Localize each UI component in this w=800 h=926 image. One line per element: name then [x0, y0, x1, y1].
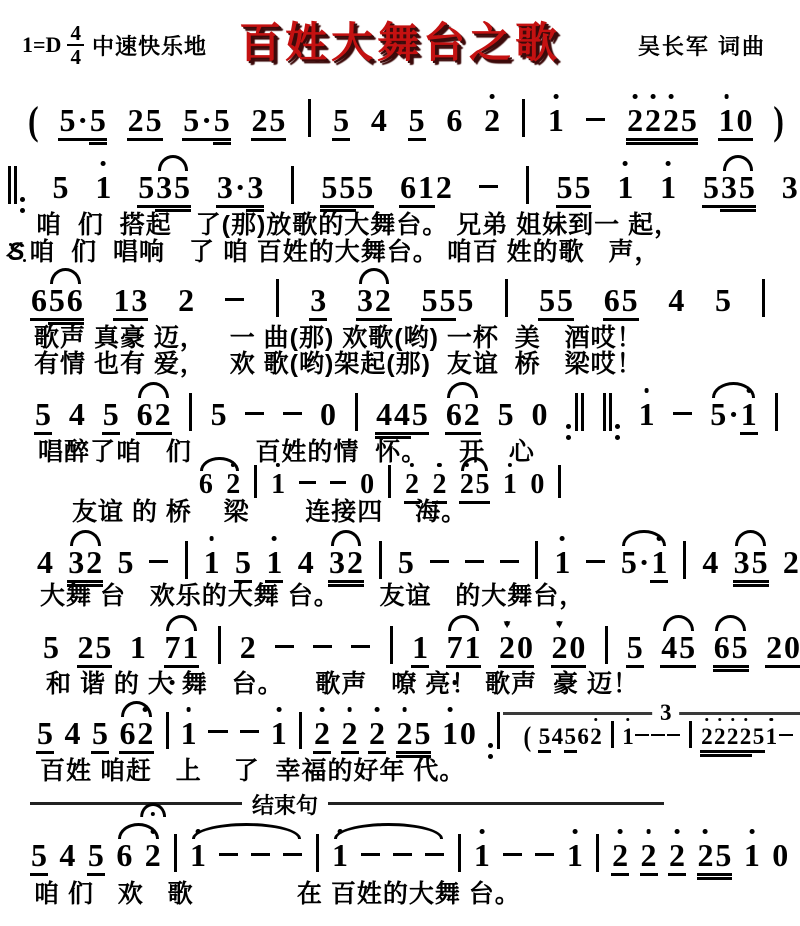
parenthesis: ( [523, 722, 531, 751]
note: 2 [713, 725, 726, 753]
octave-dot-above [573, 829, 578, 834]
duration-dash [313, 645, 332, 648]
note: 3 [309, 284, 327, 321]
note: 2▼ [551, 631, 569, 668]
lyrics-row: 大舞 台 欢乐的大舞 台。 友谊 的大舞台， [40, 576, 585, 612]
note: 5 [48, 284, 66, 321]
octave-dot-above [186, 707, 191, 712]
tie-slur: 62 [119, 717, 155, 754]
section-separator: 结束句 [30, 792, 664, 814]
octave-dot-above [480, 829, 485, 834]
note: 5 [42, 631, 60, 665]
octave-dot-above [675, 829, 680, 834]
octave-dot-above [594, 718, 597, 721]
repeat-dots [20, 188, 25, 222]
note: 2 [483, 104, 501, 138]
note: 5 [475, 471, 491, 504]
note: 5 [213, 104, 231, 141]
note: 7 [164, 631, 182, 668]
note: 3 [155, 171, 173, 208]
note: 1 [113, 284, 131, 321]
octave-dot-above [553, 94, 558, 99]
barline [526, 166, 529, 204]
note: 2 [396, 717, 414, 754]
note: 4 [667, 284, 685, 318]
tie-slur: 35 [155, 171, 191, 208]
note: 6 [399, 171, 417, 208]
note: 1 [547, 104, 565, 138]
note: 1 [740, 398, 758, 435]
note: 1 [553, 546, 571, 580]
note: 2 [239, 631, 257, 665]
note: 5 [421, 284, 439, 321]
note: 0 [783, 631, 800, 668]
note: 1 [129, 631, 147, 665]
octave-dot-above [508, 463, 512, 467]
tie-slur: 32 [356, 284, 392, 321]
note: 6 [66, 284, 84, 321]
repeat-dots [566, 415, 571, 449]
lyrics-row: 友谊 的 桥 梁 连接四 海。 [72, 492, 467, 528]
note: 4 [660, 631, 678, 668]
note: 5 [574, 171, 592, 208]
duration-dash [283, 853, 302, 856]
octave-dot-above [646, 829, 651, 834]
duration-dash [635, 734, 649, 736]
note: 1 [566, 839, 584, 873]
duration-dash [219, 853, 238, 856]
tie-slur: 65 [713, 631, 749, 668]
note: · [727, 398, 740, 432]
parenthesis: ( [28, 100, 39, 140]
note: 2 [313, 717, 331, 754]
note: 3 [216, 171, 234, 208]
duration-dash [425, 853, 444, 856]
note: 4 [551, 725, 564, 750]
note: 5 [714, 839, 732, 876]
note: 5 [680, 104, 698, 141]
tie-slur: 56 [48, 284, 84, 321]
note: 3 [720, 171, 738, 208]
note: 2 [640, 839, 658, 876]
note: 5 [210, 398, 228, 432]
repeat-dot [566, 424, 571, 429]
note: 5 [30, 839, 48, 876]
note: 2 [435, 171, 453, 205]
barline [535, 541, 538, 579]
repeat-begin-sign [601, 396, 622, 432]
note: 1 [616, 171, 634, 205]
duration-dash [465, 560, 484, 563]
note: 4 [64, 717, 82, 751]
note: 4 [68, 398, 86, 432]
note: 2 [341, 717, 359, 754]
duration-dash [240, 730, 259, 733]
repeat-dot [20, 197, 25, 202]
octave-dot-above [657, 536, 662, 541]
duration-dash [225, 298, 244, 301]
repeat-begin-sign [6, 169, 27, 205]
note: 2 [662, 104, 680, 141]
repeat-dot [615, 435, 620, 440]
note: 5 [709, 398, 727, 432]
note: 1 [473, 839, 491, 873]
note: 5 [268, 104, 286, 141]
lyrics-row: 百姓 咱赶 上 了 幸福的好年 代。 [40, 751, 465, 787]
barline [299, 712, 302, 750]
duration-dash [479, 185, 498, 188]
note: 2 [611, 839, 629, 876]
note: 5 [58, 104, 76, 141]
parenthesis: ) [773, 100, 784, 140]
barline [291, 166, 294, 204]
repeat-dots [615, 415, 620, 449]
note: 6 [713, 631, 731, 668]
note: 2 [77, 631, 95, 668]
repeat-end-sign [486, 715, 501, 751]
note: 5 [117, 546, 135, 580]
tie-slur: 62 [115, 839, 161, 873]
octave-dot-above [731, 718, 734, 721]
note: 1 [270, 717, 288, 751]
note: 4 [701, 546, 719, 580]
duration-dash [586, 118, 605, 121]
music-notes-row-ending: 5456211112222510 [30, 834, 800, 876]
bracket-label: 3 [652, 701, 680, 724]
duration-dash [673, 412, 692, 415]
note: 4 [58, 839, 76, 873]
duration-dash [651, 734, 665, 736]
note: 4 [36, 546, 54, 580]
barline [390, 626, 393, 664]
duration-dash [351, 645, 370, 648]
duration-dash [149, 560, 168, 563]
note: 4 [297, 546, 315, 580]
note: 5 [137, 171, 155, 208]
octave-dot-above [744, 718, 747, 721]
double-barline [573, 393, 585, 431]
note: 5 [91, 717, 109, 754]
note: 5 [620, 546, 638, 580]
note: 1 [464, 631, 482, 668]
note: 1 [189, 839, 207, 873]
note: 0 [530, 471, 546, 501]
tie-slur: 1 [189, 839, 304, 873]
barline [558, 465, 561, 498]
repeat-dot [488, 743, 493, 748]
octave-dot-above [276, 463, 280, 467]
barline [8, 166, 11, 204]
note: 2 [127, 104, 145, 141]
key-tempo-line: 1=D 4 4 中速快乐地 [22, 22, 207, 68]
note: 5 [621, 284, 639, 321]
barline [189, 393, 192, 431]
accent-mark: ▼ [554, 620, 565, 632]
lyrics-row: 和 谐 的 大 舞 台。 歌声 嘹 亮！ 歌声 豪 迈！ [46, 664, 639, 700]
note: 5 [102, 398, 120, 435]
note: 5 [173, 171, 191, 208]
song-title: 百姓大舞台之歌 [239, 10, 561, 70]
note: 1 [94, 171, 112, 205]
octave-dot-above [749, 829, 754, 834]
duration-dash [330, 481, 347, 484]
note: 5 [556, 171, 574, 208]
note: 5 [731, 631, 749, 668]
barline [185, 541, 188, 579]
duration-dash [500, 560, 519, 563]
note: 2 [463, 398, 481, 435]
note: 1 [765, 725, 778, 750]
note: · [200, 104, 213, 141]
tie-slur: 35 [720, 171, 756, 208]
lyrics-row: 唱醉了咱 们 百姓的情 怀。 开 心 [38, 432, 535, 468]
note: 3 [130, 284, 148, 321]
barline [316, 834, 319, 872]
barline [218, 626, 221, 664]
key-signature: 1=D [22, 32, 61, 58]
barline [308, 99, 311, 137]
tie-slur: 35 [733, 546, 769, 583]
note: 5 [36, 717, 54, 754]
note: 5 [738, 171, 756, 208]
barline [458, 834, 461, 872]
octave-dot-above [320, 707, 325, 712]
note: 2 [782, 546, 800, 580]
octave-dot-above [644, 388, 649, 393]
duration-dash [275, 645, 294, 648]
repeat-dot [20, 208, 25, 213]
octave-dot-above [626, 718, 629, 721]
note: 2 [144, 839, 162, 873]
note: 2 [136, 717, 154, 754]
note: 5 [34, 398, 52, 435]
note: 5 [332, 104, 350, 141]
repeat-end-sign [565, 396, 586, 432]
tie-slur: 1 [331, 839, 446, 873]
time-signature-denominator: 4 [67, 46, 84, 68]
separator-line [30, 802, 664, 805]
octave-dot-above [338, 829, 343, 834]
barline [14, 166, 17, 204]
note: 5 [87, 839, 105, 876]
barline [605, 626, 608, 664]
note: 5 [320, 171, 338, 208]
note: 5 [439, 284, 457, 321]
note: 0 [771, 839, 789, 873]
octave-dot-above [375, 707, 380, 712]
tempo-marking: 中速快乐地 [92, 30, 207, 61]
octave-dot-above [276, 707, 281, 712]
barline [581, 393, 584, 431]
barline [276, 279, 279, 317]
duration-dash [586, 560, 605, 563]
octave-dot-above [448, 707, 453, 712]
lyrics-row: S∕咱 们 唱响 了 咱 百姓的大舞台。 咱百 姓的歌 声， [8, 232, 661, 268]
duration-dash [299, 481, 316, 484]
note: 2 [374, 284, 392, 321]
octave-dot-above [633, 94, 638, 99]
octave-dot-above [560, 536, 565, 541]
tie-slur: 5·1 [620, 546, 668, 583]
octave-dot-above [209, 536, 214, 541]
note: 3 [356, 284, 374, 321]
note: 5 [564, 725, 577, 753]
barline [689, 721, 692, 748]
barline [775, 393, 778, 431]
octave-dot-above [651, 94, 656, 99]
octave-dot-above [437, 463, 441, 467]
lyrics-row: 咱 们 欢 歌 在 百姓的大舞 台。 [34, 874, 521, 910]
octave-dot-above [465, 463, 469, 467]
note: 7 [446, 631, 464, 668]
note: 5 [626, 631, 644, 668]
sheet-music-page: 1=D 4 4 中速快乐地 百姓大舞台之歌 吴长军 词曲 (5·5255·525… [0, 0, 800, 926]
octave-dot-above [669, 94, 674, 99]
note: 2▼ [498, 631, 516, 668]
note: 3 [781, 171, 799, 205]
duration-dash [208, 730, 227, 733]
note: 0 [459, 717, 477, 751]
note: 2 [251, 104, 269, 141]
tie-slur: 45 [660, 631, 696, 668]
note: 1 [203, 546, 221, 580]
note: · [638, 546, 651, 580]
note: 6 [603, 284, 621, 321]
note: 5 [678, 631, 696, 668]
barline [174, 834, 177, 872]
octave-dot-above [231, 463, 235, 467]
note: 2 [739, 725, 752, 753]
tie-slur: 71 [446, 631, 482, 668]
note: 5 [411, 398, 429, 435]
note: 5 [751, 546, 769, 583]
note: · [234, 171, 247, 208]
note: 5 [414, 717, 432, 754]
tie-slur: 62 [445, 398, 481, 435]
barline [611, 721, 614, 748]
duration-dash [779, 734, 793, 736]
double-barline [601, 393, 613, 431]
octave-dot-above [101, 161, 106, 166]
note: 6 [445, 398, 463, 435]
note: · [76, 104, 89, 141]
note: 5 [338, 171, 356, 208]
note: 5 [556, 284, 574, 321]
bracket-group: 3(545621222251) [517, 708, 800, 753]
tie-slur: 5·1 [709, 398, 757, 435]
octave-dot-above [724, 94, 729, 99]
lyrics-row: 有情 也有 爱， 欢 歌(哟)架起(那) 友谊 桥 梁哎！ [34, 344, 643, 380]
repeat-dots [488, 734, 493, 768]
note: 5 [145, 104, 163, 141]
time-signature-numerator: 4 [67, 22, 84, 46]
barline [505, 279, 508, 317]
note: 2 [368, 717, 386, 754]
note: 1 [502, 471, 518, 501]
duration-dash [393, 853, 412, 856]
repeat-dot [488, 754, 493, 759]
note: 2 [590, 725, 603, 750]
note: 1 [659, 171, 677, 205]
note: 5 [397, 546, 415, 580]
note: 2 [154, 398, 172, 435]
music-notes-row: 656132332555556545 [30, 279, 767, 321]
note: 6 [577, 725, 590, 750]
note: 5 [702, 171, 720, 208]
octave-dot-above [402, 707, 407, 712]
note: 6 [119, 717, 137, 754]
composer-credit: 吴长军 词曲 [638, 30, 766, 61]
note: 6 [445, 104, 463, 138]
barline [166, 712, 169, 750]
ending-phrase-label: 结束句 [242, 789, 328, 820]
repeat-dot [566, 435, 571, 440]
note: 3 [246, 171, 264, 208]
octave-dot-above [666, 161, 671, 166]
octave-dot-above [623, 161, 628, 166]
note: 2 [644, 104, 662, 141]
music-notes-row: 52517121712▼02▼05456520 [42, 626, 800, 668]
note: 2 [697, 839, 715, 876]
note: 1 [180, 717, 198, 751]
octave-dot-above [143, 707, 148, 712]
note: 5 [538, 284, 556, 321]
note: 5 [52, 171, 70, 205]
barline [379, 541, 382, 579]
note: 5 [714, 284, 732, 318]
note: 6 [30, 284, 48, 321]
note: 0 [568, 631, 586, 668]
octave-dot-above [196, 829, 201, 834]
note: 0 [531, 398, 549, 432]
note: 5 [497, 398, 515, 432]
note: 5 [94, 631, 112, 668]
note: 1 [638, 398, 656, 432]
note: 5 [356, 171, 374, 208]
duration-dash [535, 853, 554, 856]
note: 2 [177, 284, 195, 318]
duration-dash [430, 560, 449, 563]
note: 1 [417, 171, 435, 208]
note: 1 [441, 717, 459, 751]
note: 6 [136, 398, 154, 435]
barline [609, 393, 612, 431]
barline [575, 393, 578, 431]
note: 2 [726, 725, 739, 753]
note: 5 [182, 104, 200, 141]
duration-dash [245, 412, 264, 415]
segno-dot [9, 243, 12, 246]
octave-dot-above [410, 463, 414, 467]
note: 1 [181, 631, 199, 668]
duration-dash [251, 853, 270, 856]
barline [497, 712, 500, 750]
note: 4 [393, 398, 411, 435]
note: 2 [765, 631, 783, 668]
octave-dot-above [347, 707, 352, 712]
note: 5 [408, 104, 426, 141]
segno-dot [23, 259, 26, 262]
note: 2 [700, 725, 713, 753]
tie-slur: 62 [136, 398, 172, 435]
note: 1 [622, 725, 635, 750]
octave-dot-above [150, 829, 155, 834]
note: 1 [650, 546, 668, 583]
note: 5 [89, 104, 107, 141]
note: 0 [516, 631, 534, 668]
duration-dash [503, 853, 522, 856]
octave-dot-above [718, 718, 721, 721]
